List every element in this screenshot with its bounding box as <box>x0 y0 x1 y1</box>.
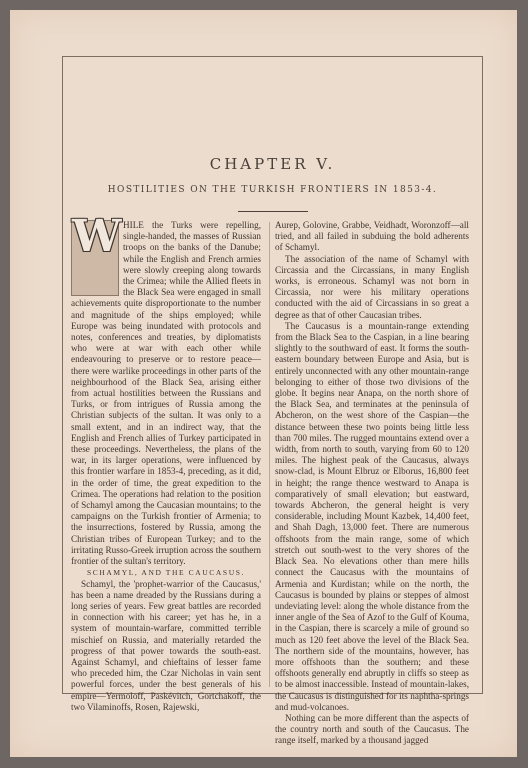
title-rule <box>238 211 308 212</box>
page-frame: CHAPTER V. HOSTILITIES ON THE TURKISH FR… <box>62 56 483 694</box>
chapter-title: CHAPTER V. <box>63 155 482 173</box>
paragraph: The Caucasus is a mountain-range extendi… <box>275 321 469 713</box>
ornamental-dropcap-icon: W <box>71 220 119 296</box>
paragraph: Nothing can be more different than the a… <box>275 713 469 747</box>
right-column: Aurep, Golovine, Grabbe, Veidhadt, Woron… <box>275 220 469 747</box>
chapter-subtitle: HOSTILITIES ON THE TURKISH FRONTIERS IN … <box>63 185 482 195</box>
paragraph: The association of the name of Schamyl w… <box>275 254 469 321</box>
paragraph: Schamyl, the 'prophet-warrior of the Cau… <box>71 579 261 713</box>
column-divider <box>269 222 270 687</box>
paragraph: Aurep, Golovine, Grabbe, Veidhadt, Woron… <box>275 220 469 254</box>
left-column: W HILE the Turks were repelling, single-… <box>71 220 261 713</box>
book-page: CHAPTER V. HOSTILITIES ON THE TURKISH FR… <box>10 10 517 757</box>
section-heading: SCHAMYL, AND THE CAUCASUS. <box>71 567 261 578</box>
